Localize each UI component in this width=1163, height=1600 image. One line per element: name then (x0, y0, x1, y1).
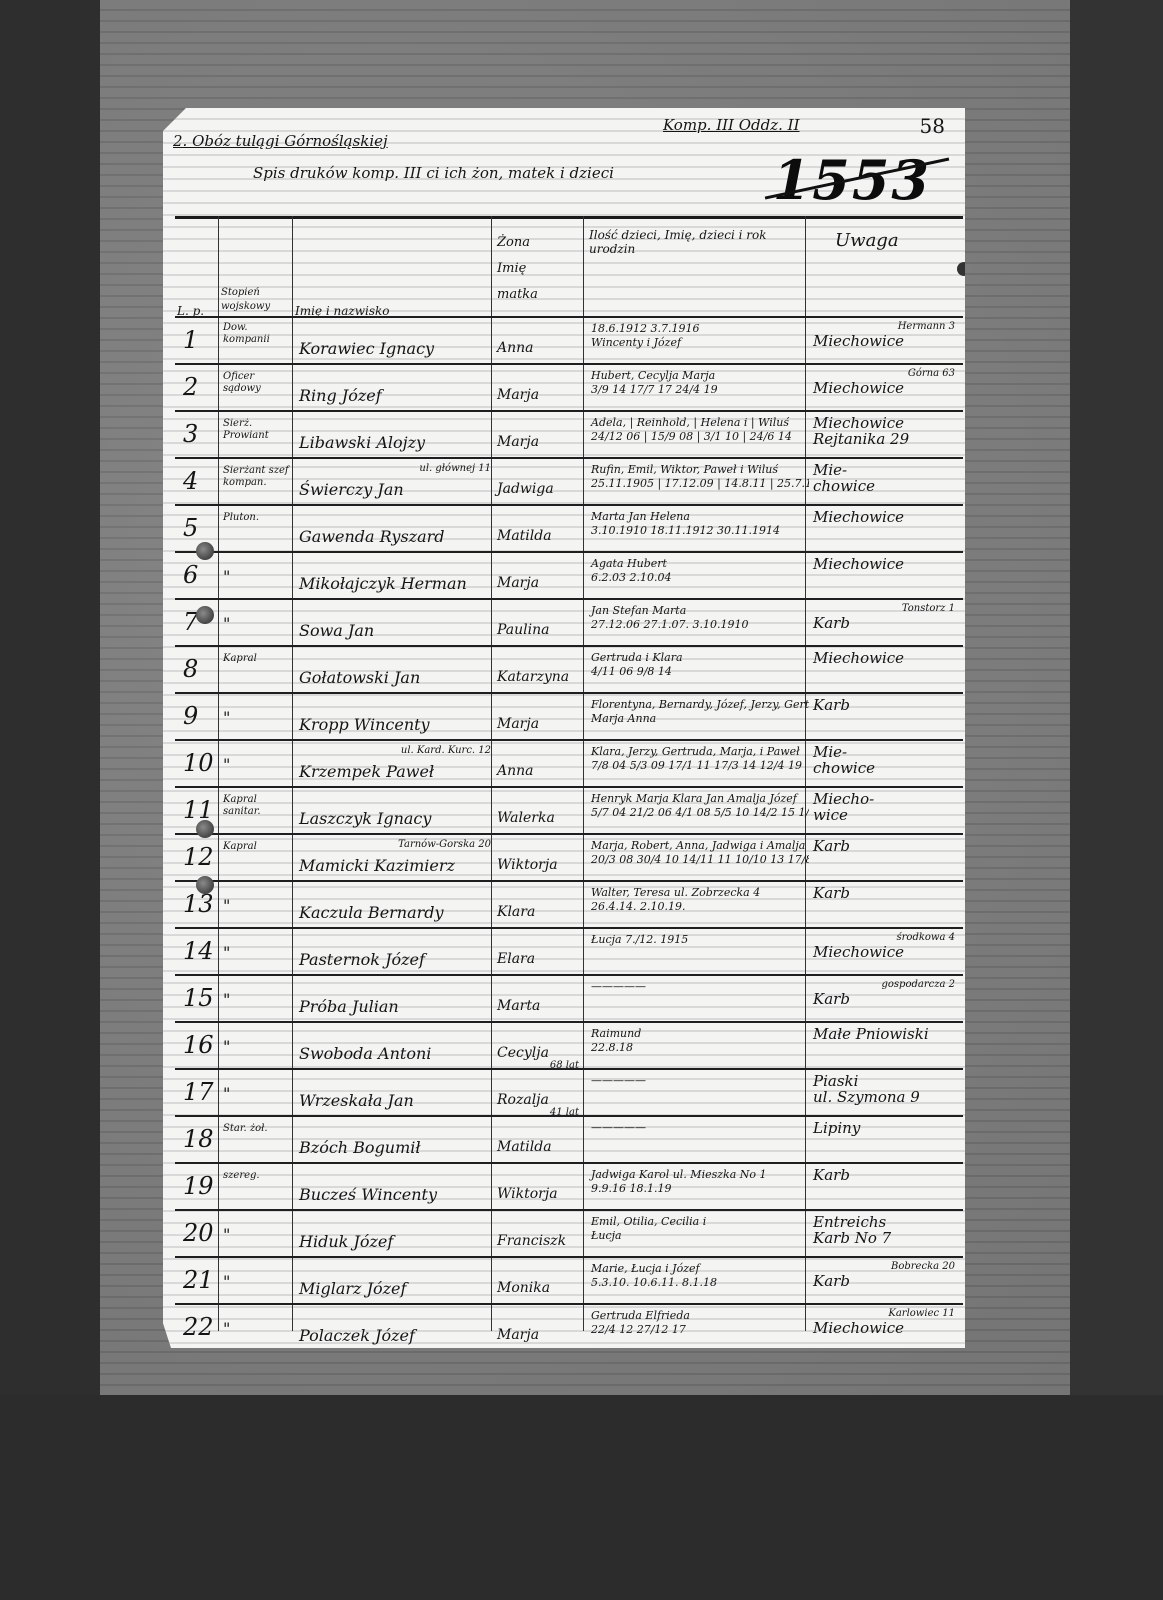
remarks-line: Miechowice (813, 650, 969, 666)
children-line: 4/11 06 9/8 14 (591, 665, 809, 679)
military-rank: Pluton. (219, 506, 295, 557)
row-number: 20 (175, 1211, 225, 1256)
table-row: 2 Oficer sądowy Ring Józef Marja Hubert,… (175, 365, 963, 412)
wife-first-name: Marja (497, 575, 539, 591)
military-rank: Kapral (219, 835, 295, 886)
soldier-name: Libawski Alojzy (293, 412, 497, 461)
remarks-line: Karb (813, 885, 969, 901)
children-list: Gertruda i Klara4/11 06 9/8 14 (585, 647, 809, 696)
children-line: Jadwiga Karol ul. Mieszka No 1 (591, 1168, 809, 1182)
table-row: 8 Kapral Gołatowski Jan Katarzyna Gertru… (175, 647, 963, 694)
remarks-line: Piaski (813, 1073, 969, 1089)
soldier-name: Mikołajczyk Herman (293, 553, 497, 602)
page-number: 58 (920, 114, 945, 138)
scanner-background-left (0, 0, 100, 1600)
remarks-address: Miecho-wice (807, 788, 969, 836)
soldier-full-name: Kaczula Bernardy (299, 886, 497, 922)
children-list: Marja, Robert, Anna, Jadwiga i Amalja20/… (585, 835, 809, 884)
row-number: 9 (175, 694, 225, 739)
children-list: Hubert, Cecylja Marja3/9 14 17/7 17 24/4… (585, 365, 809, 414)
table-row: 16 " Swoboda Antoni Cecylja68 lat Raimun… (175, 1023, 963, 1070)
children-list: Łucja 7./12. 1915 (585, 929, 809, 978)
remarks-address: Lipiny (807, 1117, 969, 1165)
remarks-line: Miechowice (813, 415, 969, 431)
soldier-full-name: Mikołajczyk Herman (299, 557, 497, 593)
remarks-address: Karb (807, 882, 969, 930)
row-number: 15 (175, 976, 225, 1021)
children-line: 5/7 04 21/2 06 4/1 08 5/5 10 14/2 15 1/3… (591, 806, 809, 820)
table-row: 18 Star. żoł. Bzóch Bogumił Matilda ————… (175, 1117, 963, 1164)
punch-hole (196, 606, 214, 624)
col-header-remarks: Uwaga (835, 234, 899, 248)
children-line: Marja Anna (591, 712, 809, 726)
children-line: 22/4 12 27/12 17 (591, 1323, 809, 1337)
row-number: 16 (175, 1023, 225, 1068)
row-number: 6 (175, 553, 225, 598)
soldier-full-name: Ring Józef (299, 369, 497, 405)
children-line: Gertruda Elfrieda (591, 1309, 809, 1323)
children-line: 27.12.06 27.1.07. 3.10.1910 (591, 618, 809, 632)
children-line: Łucja (591, 1229, 809, 1243)
children-list: Raimund22.8.18 (585, 1023, 809, 1072)
children-line: 25.11.1905 | 17.12.09 | 14.8.11 | 25.7.1… (591, 477, 809, 491)
children-line: 6.2.03 2.10.04 (591, 571, 809, 585)
col-header-rank: Stopień wojskowy (221, 286, 291, 314)
soldier-name: Bucześ Wincenty (293, 1164, 497, 1213)
remarks-line: Małe Pniowiski (813, 1026, 969, 1042)
table-top-rule (175, 216, 963, 219)
soldier-name: Próba Julian (293, 976, 497, 1025)
remarks-address: Miechowice (807, 553, 969, 601)
table-row: 9 " Kropp Wincenty Marja Florentyna, Ber… (175, 694, 963, 741)
punch-hole (196, 820, 214, 838)
wife-first-name: Anna (497, 340, 534, 356)
remarks-line: Karb No 7 (813, 1230, 969, 1246)
name-address-note: ul. głównej 11 (299, 463, 497, 475)
soldier-full-name: Kropp Wincenty (299, 698, 497, 734)
remarks-line: wice (813, 807, 969, 823)
wife-first-name: Cecylja (497, 1045, 549, 1061)
remarks-address: Małe Pniowiski (807, 1023, 969, 1071)
children-line: 20/3 08 30/4 10 14/11 11 10/10 13 17/8 1… (591, 853, 809, 867)
soldier-name: Laszczyk Ignacy (293, 788, 497, 837)
row-number: 21 (175, 1258, 225, 1303)
military-rank: Oficer sądowy (219, 365, 295, 416)
remarks-line: ul. Szymona 9 (813, 1089, 969, 1105)
archive-number-stamp: 1553 (773, 148, 931, 212)
register-sheet: 2. Obóz tulągi Górnośląskiej Komp. III O… (163, 108, 965, 1348)
military-rank: Sierżant szef kompan. (219, 459, 295, 510)
children-list: Agata Hubert6.2.03 2.10.04 (585, 553, 809, 602)
children-line: ————— (591, 980, 809, 994)
wife-first-name: Anna (497, 763, 534, 779)
remarks-line: Karb (813, 838, 969, 854)
remarks-address: Miechowice (807, 647, 969, 695)
document-title: Spis druków komp. III ci ich żon, matek … (253, 164, 614, 182)
children-line: Marie, Łucja i Józef (591, 1262, 809, 1276)
soldier-name: Ring Józef (293, 365, 497, 414)
remarks-address: Tonstorz 1Karb (807, 600, 969, 648)
wife-first-name: Matilda (497, 528, 552, 544)
table-row: 4 Sierżant szef kompan. ul. głównej 11Św… (175, 459, 963, 506)
table-row: 1 Dow. kompanii Korawiec Ignacy Anna 18.… (175, 316, 963, 365)
wife-first-name: Walerka (497, 810, 555, 826)
wife-first-name: Elara (497, 951, 535, 967)
children-line: Adela, | Reinhold, | Helena i | Wiluś (591, 416, 809, 430)
col-header-children: Ilość dzieci, Imię, dzieci i rok urodzin (589, 228, 789, 256)
soldier-name: Gawenda Ryszard (293, 506, 497, 555)
wife-first-name: Wiktorja (497, 857, 558, 873)
table-row: 22 " Polaczek Józef Marja Gertruda Elfri… (175, 1305, 963, 1352)
remarks-address: Karb (807, 835, 969, 883)
children-list: Adela, | Reinhold, | Helena i | Wiluś24/… (585, 412, 809, 461)
table-header: L. p. Stopień wojskowy Imię i nazwisko Ż… (175, 220, 963, 324)
remarks-address: Bobrecka 20Karb (807, 1258, 969, 1306)
soldier-full-name: Wrzeskała Jan (299, 1074, 497, 1110)
remarks-line: Karb (813, 615, 969, 631)
soldier-full-name: Pasternok Józef (299, 933, 497, 969)
name-address-note: Tarnów-Gorska 20 (299, 839, 497, 851)
wife-first-name: Wiktorja (497, 1186, 558, 1202)
soldier-full-name: Krzempek Paweł (299, 757, 497, 781)
soldier-full-name: Świerczy Jan (299, 475, 497, 499)
military-rank: Kapral (219, 647, 295, 698)
wife-first-name: Monika (497, 1280, 550, 1296)
soldier-full-name: Sowa Jan (299, 604, 497, 640)
wife-first-name: Rozalja (497, 1092, 549, 1108)
children-line: Jan Stefan Marta (591, 604, 809, 618)
wife-first-name: Franciszk (497, 1233, 566, 1249)
children-list: ————— (585, 976, 809, 1025)
children-line: ————— (591, 1074, 809, 1088)
remarks-line: Entreichs (813, 1214, 969, 1230)
table-row: 20 " Hiduk Józef Franciszk Emil, Otilia,… (175, 1211, 963, 1258)
children-line: Marta Jan Helena (591, 510, 809, 524)
military-rank: szereg. (219, 1164, 295, 1215)
children-list: Florentyna, Bernardy, Józef, Jerzy, Gert… (585, 694, 809, 743)
remarks-address: MiechowiceRejtanika 29 (807, 412, 969, 460)
soldier-full-name: Miglarz Józef (299, 1262, 497, 1298)
children-list: Marta Jan Helena3.10.1910 18.11.1912 30.… (585, 506, 809, 555)
row-number: 4 (175, 459, 225, 504)
military-rank: Kapral sanitar. (219, 788, 295, 839)
remarks-line: Karb (813, 697, 969, 713)
wife-first-name: Katarzyna (497, 669, 569, 685)
children-line: 3/9 14 17/7 17 24/4 19 (591, 383, 809, 397)
table-row: 15 " Próba Julian Marta ————— gospodarcz… (175, 976, 963, 1023)
children-line: 18.6.1912 3.7.1916 (591, 322, 809, 336)
punch-hole (196, 542, 214, 560)
wife-first-name: Marta (497, 998, 540, 1014)
wife-first-name: Marja (497, 434, 539, 450)
soldier-name: Sowa Jan (293, 600, 497, 649)
camp-heading: 2. Obóz tulągi Górnośląskiej (173, 132, 388, 150)
children-list: 18.6.1912 3.7.1916Wincenty i Józef (585, 318, 809, 367)
table-row: 17 " Wrzeskała Jan Rozalja41 lat ————— P… (175, 1070, 963, 1117)
col-header-wife: Żona Imię matka (497, 230, 557, 308)
soldier-name: ul. głównej 11Świerczy Jan (293, 459, 497, 508)
military-rank: Sierż. Prowiant (219, 412, 295, 463)
remarks-address: EntreichsKarb No 7 (807, 1211, 969, 1259)
table-row: 11 Kapral sanitar. Laszczyk Ignacy Waler… (175, 788, 963, 835)
row-number: 17 (175, 1070, 225, 1115)
row-number: 19 (175, 1164, 225, 1209)
company-heading: Komp. III Oddz. II (663, 116, 800, 134)
remarks-address: Miechowice (807, 506, 969, 554)
children-list: Jan Stefan Marta27.12.06 27.1.07. 3.10.1… (585, 600, 809, 649)
remarks-line: Miechowice (813, 333, 969, 349)
children-list: Gertruda Elfrieda22/4 12 27/12 17 (585, 1305, 809, 1354)
row-number: 1 (175, 318, 225, 363)
table-row: 12 Kapral Tarnów-Gorska 20Mamicki Kazimi… (175, 835, 963, 882)
row-number: 12 (175, 835, 225, 880)
wife-first-name: Jadwiga (497, 481, 554, 497)
remarks-line: Lipiny (813, 1120, 969, 1136)
soldier-name: Tarnów-Gorska 20Mamicki Kazimierz (293, 835, 497, 884)
remarks-line: Karb (813, 991, 969, 1007)
children-line: Florentyna, Bernardy, Józef, Jerzy, Gert… (591, 698, 809, 712)
remarks-address: gospodarcza 2Karb (807, 976, 969, 1024)
soldier-name: Korawiec Ignacy (293, 318, 497, 367)
soldier-name: Swoboda Antoni (293, 1023, 497, 1072)
soldier-name: Bzóch Bogumił (293, 1117, 497, 1166)
wife-first-name: Matilda (497, 1139, 552, 1155)
children-line: Agata Hubert (591, 557, 809, 571)
children-line: 26.4.14. 2.10.19. (591, 900, 809, 914)
soldier-name: Polaczek Józef (293, 1305, 497, 1354)
remarks-address: Karb (807, 694, 969, 742)
soldier-name: ul. Kard. Kurc. 12Krzempek Paweł (293, 741, 497, 790)
remarks-line: Karb (813, 1167, 969, 1183)
soldier-name: Pasternok Józef (293, 929, 497, 978)
children-line: 7/8 04 5/3 09 17/1 11 17/3 14 12/4 19 (591, 759, 809, 773)
children-line: Hubert, Cecylja Marja (591, 369, 809, 383)
remarks-address: Piaskiul. Szymona 9 (807, 1070, 969, 1118)
remarks-line: Miechowice (813, 380, 969, 396)
name-address-note: ul. Kard. Kurc. 12 (299, 745, 497, 757)
remarks-line: Karb (813, 1273, 969, 1289)
soldier-full-name: Libawski Alojzy (299, 416, 497, 452)
remarks-address: Hermann 3Miechowice (807, 318, 969, 366)
soldier-name: Hiduk Józef (293, 1211, 497, 1260)
wife-first-name: Klara (497, 904, 535, 920)
children-line: Klara, Jerzy, Gertruda, Marja, i Paweł (591, 745, 809, 759)
table-row: 7 " Sowa Jan Paulina Jan Stefan Marta27.… (175, 600, 963, 647)
table-row: 21 " Miglarz Józef Monika Marie, Łucja i… (175, 1258, 963, 1305)
remarks-line: Miechowice (813, 944, 969, 960)
children-line: 9.9.16 18.1.19 (591, 1182, 809, 1196)
table-row: 3 Sierż. Prowiant Libawski Alojzy Marja … (175, 412, 963, 459)
children-line: Rufin, Emil, Wiktor, Paweł i Wiluś (591, 463, 809, 477)
children-line: 22.8.18 (591, 1041, 809, 1055)
row-number: 8 (175, 647, 225, 692)
remarks-line: Mie- (813, 744, 969, 760)
children-line: Walter, Teresa ul. Zobrzecka 4 (591, 886, 809, 900)
remarks-address: Karlowiec 11Miechowice (807, 1305, 969, 1353)
soldier-full-name: Laszczyk Ignacy (299, 792, 497, 828)
row-number: 14 (175, 929, 225, 974)
remarks-line: Mie- (813, 462, 969, 478)
children-list: Rufin, Emil, Wiktor, Paweł i Wiluś25.11.… (585, 459, 809, 508)
remarks-address: Górna 63Miechowice (807, 365, 969, 413)
soldier-full-name: Hiduk Józef (299, 1215, 497, 1251)
children-list: ————— (585, 1070, 809, 1119)
soldier-full-name: Bucześ Wincenty (299, 1168, 497, 1204)
soldier-name: Kropp Wincenty (293, 694, 497, 743)
punch-hole (196, 876, 214, 894)
children-list: Henryk Marja Klara Jan Amalja Józef5/7 0… (585, 788, 809, 837)
children-list: ————— (585, 1117, 809, 1166)
military-rank: Star. żoł. (219, 1117, 295, 1168)
wife-first-name: Marja (497, 1327, 539, 1343)
row-number: 18 (175, 1117, 225, 1162)
table-row: 5 Pluton. Gawenda Ryszard Matilda Marta … (175, 506, 963, 553)
soldier-full-name: Swoboda Antoni (299, 1027, 497, 1063)
children-line: 24/12 06 | 15/9 08 | 3/1 10 | 24/6 14 (591, 430, 809, 444)
scanner-background-bottom (0, 1395, 1163, 1600)
remarks-line: Miecho- (813, 791, 969, 807)
row-number: 3 (175, 412, 225, 457)
table-row: 6 " Mikołajczyk Herman Marja Agata Huber… (175, 553, 963, 600)
remarks-line: Rejtanika 29 (813, 431, 969, 447)
wife-first-name: Marja (497, 387, 539, 403)
soldier-full-name: Mamicki Kazimierz (299, 851, 497, 875)
remarks-address: Mie-chowice (807, 741, 969, 789)
row-number: 10 (175, 741, 225, 786)
children-list: Jadwiga Karol ul. Mieszka No 19.9.16 18.… (585, 1164, 809, 1213)
children-line: Marja, Robert, Anna, Jadwiga i Amalja (591, 839, 809, 853)
military-rank: Dow. kompanii (219, 318, 295, 367)
remarks-line: chowice (813, 760, 969, 776)
soldier-name: Gołatowski Jan (293, 647, 497, 696)
soldier-full-name: Korawiec Ignacy (299, 322, 497, 358)
remarks-line: Miechowice (813, 1320, 969, 1336)
children-line: Łucja 7./12. 1915 (591, 933, 809, 947)
scanner-background-right (1070, 0, 1163, 1600)
children-list: Klara, Jerzy, Gertruda, Marja, i Paweł7/… (585, 741, 809, 790)
children-line: Emil, Otilia, Cecilia i (591, 1215, 809, 1229)
remarks-line: Miechowice (813, 509, 969, 525)
remarks-line: chowice (813, 478, 969, 494)
children-line: 3.10.1910 18.11.1912 30.11.1914 (591, 524, 809, 538)
children-list: Marie, Łucja i Józef5.3.10. 10.6.11. 8.1… (585, 1258, 809, 1307)
soldier-name: Miglarz Józef (293, 1258, 497, 1307)
table-row: 19 szereg. Bucześ Wincenty Wiktorja Jadw… (175, 1164, 963, 1211)
row-number: 2 (175, 365, 225, 410)
children-line: Henryk Marja Klara Jan Amalja Józef (591, 792, 809, 806)
row-number: 22 (175, 1305, 225, 1350)
children-list: Emil, Otilia, Cecilia iŁucja (585, 1211, 809, 1260)
wife-first-name: Paulina (497, 622, 549, 638)
table-row: 10 " ul. Kard. Kurc. 12Krzempek Paweł An… (175, 741, 963, 788)
wife-first-name: Marja (497, 716, 539, 732)
table-row: 14 " Pasternok Józef Elara Łucja 7./12. … (175, 929, 963, 976)
remarks-address: Karb (807, 1164, 969, 1212)
children-line: Gertruda i Klara (591, 651, 809, 665)
remarks-address: środkowa 4Miechowice (807, 929, 969, 977)
table-row: 13 " Kaczula Bernardy Klara Walter, Tere… (175, 882, 963, 929)
soldier-full-name: Gawenda Ryszard (299, 510, 497, 546)
children-line: Raimund (591, 1027, 809, 1041)
children-line: ————— (591, 1121, 809, 1135)
soldier-full-name: Polaczek Józef (299, 1309, 497, 1345)
soldier-full-name: Bzóch Bogumił (299, 1121, 497, 1157)
children-list: Walter, Teresa ul. Zobrzecka 426.4.14. 2… (585, 882, 809, 931)
soldier-name: Kaczula Bernardy (293, 882, 497, 931)
register-rows: 1 Dow. kompanii Korawiec Ignacy Anna 18.… (175, 316, 963, 1352)
children-line: Wincenty i Józef (591, 336, 809, 350)
soldier-full-name: Próba Julian (299, 980, 497, 1016)
soldier-full-name: Gołatowski Jan (299, 651, 497, 687)
remarks-address: Mie-chowice (807, 459, 969, 507)
children-line: 5.3.10. 10.6.11. 8.1.18 (591, 1276, 809, 1290)
soldier-name: Wrzeskała Jan (293, 1070, 497, 1119)
remarks-line: Miechowice (813, 556, 969, 572)
